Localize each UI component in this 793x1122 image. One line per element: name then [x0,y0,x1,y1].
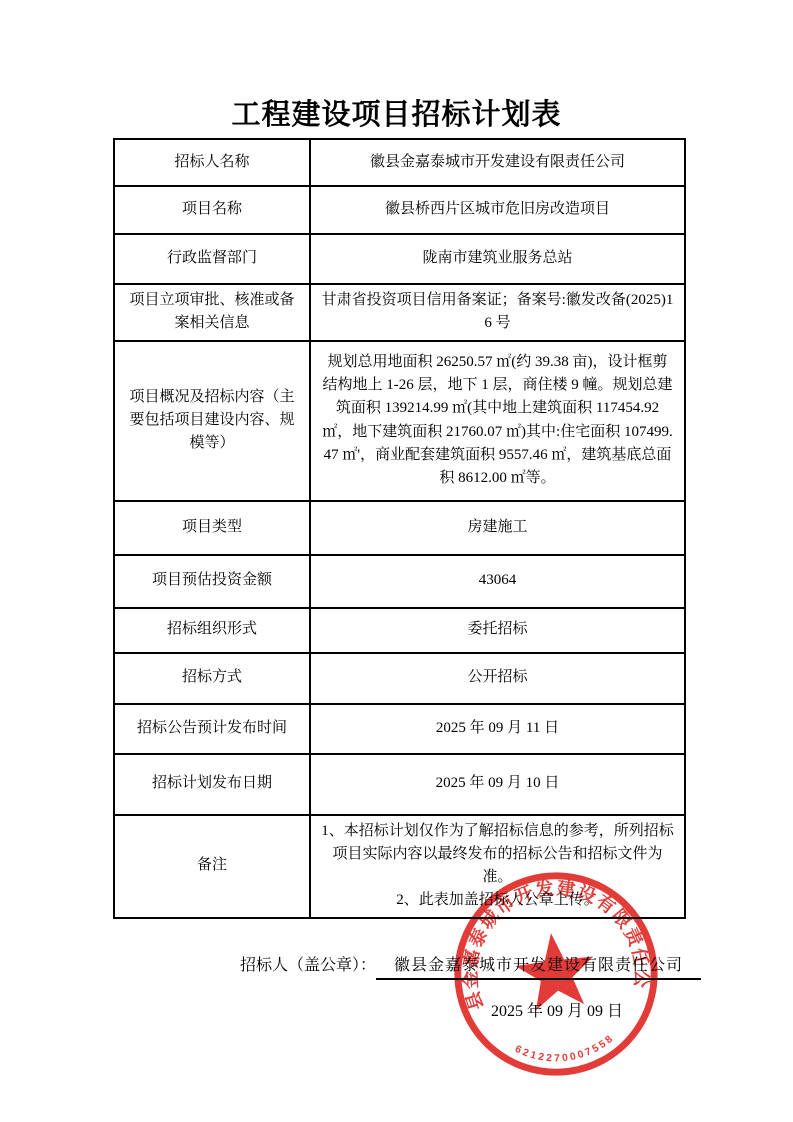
signer-name: 徽县金嘉泰城市开发建设有限责任公司 [376,952,701,980]
row-label: 备注 [114,815,310,918]
row-value: 1、本招标计划仅作为了解招标信息的参考，所列招标项目实际内容以最终发布的招标公告… [310,815,685,918]
signature-date: 2025 年 09 月 09 日 [462,998,652,1021]
page-title: 工程建设项目招标计划表 [0,92,793,133]
table-row: 招标计划发布日期 2025 年 09 月 10 日 [114,754,685,815]
document-page: 工程建设项目招标计划表 招标人名称 徽县金嘉泰城市开发建设有限责任公司 项目名称… [0,0,793,1122]
svg-text:6212270007558: 6212270007558 [512,1032,619,1070]
table-row: 招标公告预计发布时间 2025 年 09 月 11 日 [114,704,685,754]
row-value: 43064 [310,555,685,608]
row-value: 规划总用地面积 26250.57 ㎡(约 39.38 亩)，设计框剪结构地上 1… [310,341,685,501]
row-value: 公开招标 [310,653,685,704]
table-row: 项目名称 徽县桥西片区城市危旧房改造项目 [114,186,685,234]
row-label: 招标公告预计发布时间 [114,704,310,754]
signer-label: 招标人（盖公章）： [240,957,376,974]
row-label: 项目名称 [114,186,310,234]
table-row: 招标方式 公开招标 [114,653,685,704]
row-value: 2025 年 09 月 10 日 [310,754,685,815]
row-value: 陇南市建筑业服务总站 [310,234,685,284]
table-row: 项目预估投资金额 43064 [114,555,685,608]
row-label: 招标组织形式 [114,608,310,653]
seal-number: 6212270007558 [512,1032,619,1070]
row-label: 项目预估投资金额 [114,555,310,608]
table-row: 备注 1、本招标计划仅作为了解招标信息的参考，所列招标项目实际内容以最终发布的招… [114,815,685,918]
table-row: 项目概况及招标内容（主要包括项目建设内容、规模等） 规划总用地面积 26250.… [114,341,685,501]
row-label: 招标方式 [114,653,310,704]
row-label: 项目概况及招标内容（主要包括项目建设内容、规模等） [114,341,310,501]
table-row: 项目类型 房建施工 [114,501,685,555]
bidding-plan-table: 招标人名称 徽县金嘉泰城市开发建设有限责任公司 项目名称 徽县桥西片区城市危旧房… [113,138,686,919]
signature-line: 招标人（盖公章）：徽县金嘉泰城市开发建设有限责任公司 [240,952,701,980]
row-label: 招标人名称 [114,139,310,186]
row-value: 甘肃省投资项目信用备案证；备案号:徽发改备(2025)16 号 [310,284,685,341]
row-label: 项目类型 [114,501,310,555]
row-label: 项目立项审批、核准或备案相关信息 [114,284,310,341]
row-value: 2025 年 09 月 11 日 [310,704,685,754]
remark-line: 2、此表加盖招标人公章上传。 [321,889,674,912]
row-value: 委托招标 [310,608,685,653]
row-label: 行政监督部门 [114,234,310,284]
row-value: 房建施工 [310,501,685,555]
row-value: 徽县金嘉泰城市开发建设有限责任公司 [310,139,685,186]
table-row: 招标人名称 徽县金嘉泰城市开发建设有限责任公司 [114,139,685,186]
remark-line: 1、本招标计划仅作为了解招标信息的参考，所列招标项目实际内容以最终发布的招标公告… [321,820,674,890]
row-value: 徽县桥西片区城市危旧房改造项目 [310,186,685,234]
row-label: 招标计划发布日期 [114,754,310,815]
table-row: 行政监督部门 陇南市建筑业服务总站 [114,234,685,284]
table-row: 招标组织形式 委托招标 [114,608,685,653]
table-row: 项目立项审批、核准或备案相关信息 甘肃省投资项目信用备案证；备案号:徽发改备(2… [114,284,685,341]
